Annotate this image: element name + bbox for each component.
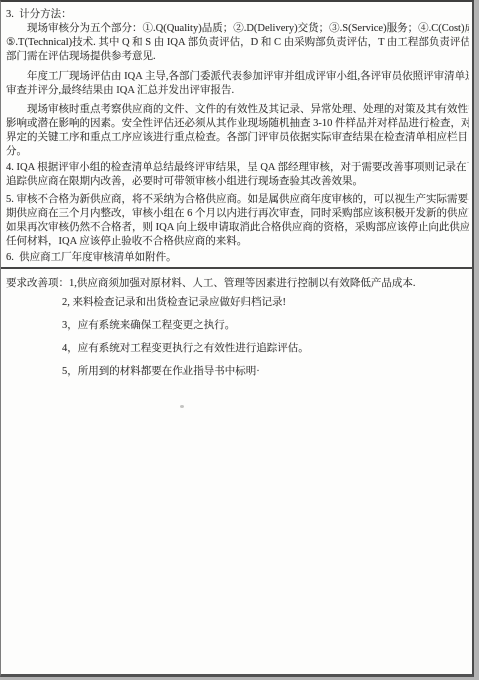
improvement-item: 2, 来料检查记录和出货检查记录应做好归档记录!	[62, 296, 469, 310]
paragraph-annual-evaluation: 年度工厂现场评估由 IQA 主导,各部门委派代表参加评审并组成评审小组,各评审员…	[6, 70, 469, 98]
text-line: 界定的关键工序和重点工序应该进行重点检查。各部门评审员依据实际审查结果在检查清单…	[6, 131, 469, 145]
improvement-requirements-section: 要求改善项：1,供应商须加强对原材料、人工、管理等因素进行控制以有效降低产品成本…	[1, 269, 472, 676]
improvement-item: 4，应有系统对工程变更执行之有效性进行追踪评估。	[62, 342, 469, 356]
paragraph-scoring-method: 3. 计分方法： 现场审核分为五个部分：①.Q(Quality)品质；②.D(D…	[6, 8, 469, 64]
paragraph-item-5-fail-handling: 5. 审核不合格为新供应商，将不采纳为合格供应商。如是属供应商年度审核的，可以视…	[6, 193, 469, 249]
improvement-item: 5，所用到的材料都要在作业指导书中标明·	[62, 365, 469, 379]
text-line: 现场审核时重点考察供应商的文件、文件的有效性及其记录、异常处理、处理的对策及其有…	[6, 103, 469, 117]
text-line: 6. 供应商工厂年度审核清单如附件。	[6, 251, 469, 265]
improvement-item: 3，应有系统来确保工程变更之执行。	[62, 319, 469, 333]
improvement-label: 要求改善项：	[6, 278, 69, 289]
text-line: 4. IQA 根据评审小组的检查清单总结最终评审结果，呈 QA 部经理审核，对于…	[6, 161, 469, 175]
improvement-item-row: 要求改善项：1,供应商须加强对原材料、人工、管理等因素进行控制以有效降低产品成本…	[6, 277, 469, 291]
scan-speck	[182, 372, 186, 375]
paragraph-item-6-attachment: 6. 供应商工厂年度审核清单如附件。	[6, 251, 469, 265]
text-line: 追踪供应商在限期内改善，必要时可带领审核小组进行现场查验其改善效果。	[6, 175, 469, 189]
text-line: 期供应商在三个月内整改，审核小组在 6 个月以内进行再次审查，同时采购部应该积极…	[6, 207, 469, 221]
text-line: ⑤.T(Technical)技术. 其中 Q 和 S 由 IQA 部负责评估，D…	[6, 36, 469, 50]
improvement-item: 1,供应商须加强对原材料、人工、管理等因素进行控制以有效降低产品成本.	[69, 278, 416, 289]
text-line: 现场审核分为五个部分：①.Q(Quality)品质；②.D(Delivery)交…	[6, 22, 469, 36]
text-line: 如果再次审核仍然不合格者，则 IQA 向上级申请取消此合格供应商的资格，采购部应…	[6, 221, 469, 235]
scoring-method-heading: 3. 计分方法：	[6, 8, 469, 22]
text-line: 5. 审核不合格为新供应商，将不采纳为合格供应商。如是属供应商年度审核的，可以视…	[6, 193, 469, 207]
scan-speck	[180, 405, 184, 408]
text-line: 部门需在评估现场提供参考意见.	[6, 50, 469, 64]
paragraph-item-4-result-summary: 4. IQA 根据评审小组的检查清单总结最终评审结果，呈 QA 部经理审核，对于…	[6, 161, 469, 189]
scan-background: 3. 计分方法： 现场审核分为五个部分：①.Q(Quality)品质；②.D(D…	[0, 0, 479, 680]
text-line: 分。	[6, 145, 469, 159]
document-page: 3. 计分方法： 现场审核分为五个部分：①.Q(Quality)品质；②.D(D…	[0, 0, 474, 677]
text-line: 任何材料，IQA 应该停止验收不合格供应商的来料。	[6, 235, 469, 249]
audit-procedure-section: 3. 计分方法： 现场审核分为五个部分：①.Q(Quality)品质；②.D(D…	[1, 2, 472, 267]
text-line: 年度工厂现场评估由 IQA 主导,各部门委派代表参加评审并组成评审小组,各评审员…	[6, 70, 469, 84]
text-line: 影响或潜在影响的因素。安全性评估还必须从其作业现场随机抽查 3-10 件样品并对…	[6, 117, 469, 131]
text-line: 审查并评分,最终结果由 IQA 汇总并发出评审报告.	[6, 84, 469, 98]
paragraph-onsite-audit-focus: 现场审核时重点考察供应商的文件、文件的有效性及其记录、异常处理、处理的对策及其有…	[6, 103, 469, 159]
